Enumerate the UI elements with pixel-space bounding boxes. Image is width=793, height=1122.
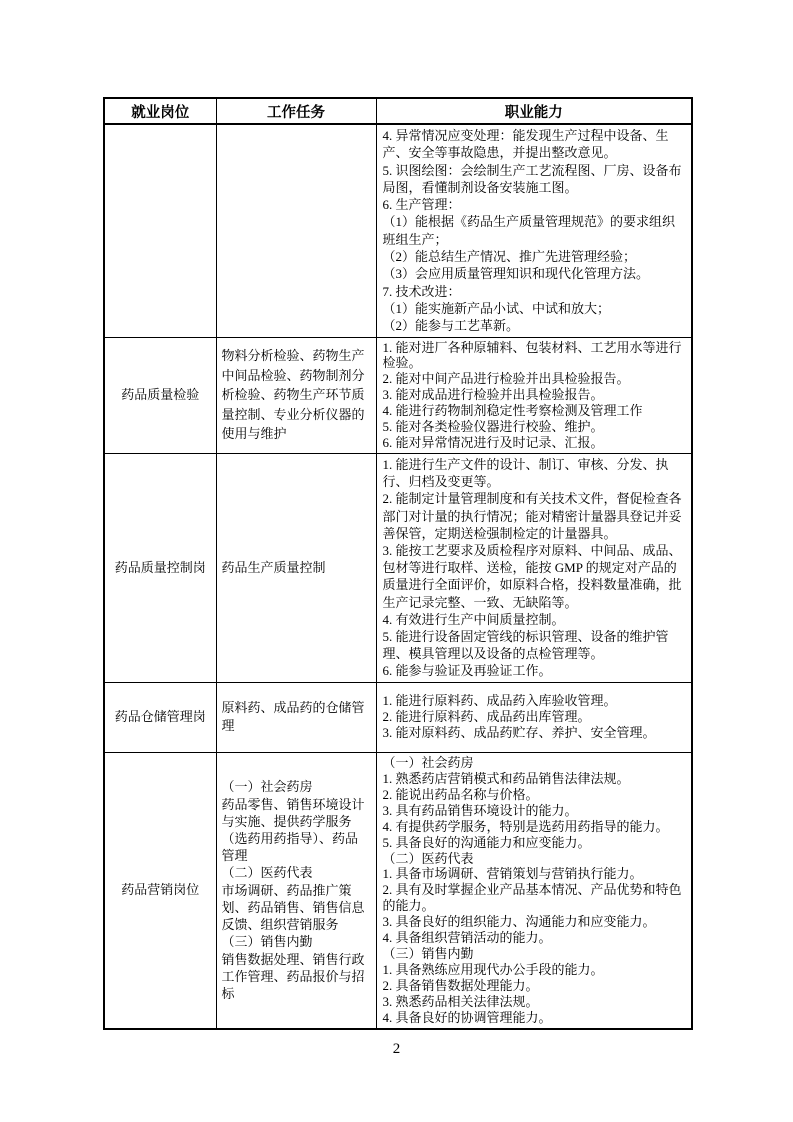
abilities-cell: 1. 能进行原料药、成品药入库验收管理。 2. 能进行原料药、成品药出库管理。 … xyxy=(376,682,692,752)
header-professional-abilities: 职业能力 xyxy=(376,98,692,124)
abilities-cell: 4. 异常情况应变处理：能发现生产过程中设备、生产、安全等事故隐患，并提出整改意… xyxy=(376,124,692,337)
position-cell: 药品仓储管理岗 xyxy=(104,682,216,752)
header-work-tasks: 工作任务 xyxy=(216,98,376,124)
tasks-cell: （一）社会药房 药品零售、销售环境设计与实施、提供药学服务（选药用药指导）、药品… xyxy=(216,752,376,1029)
abilities-cell: 1. 能对进厂各种原辅料、包装材料、工艺用水等进行检验。 2. 能对中间产品进行… xyxy=(376,337,692,453)
header-employment-position: 就业岗位 xyxy=(104,98,216,124)
abilities-cell: （一）社会药房 1. 熟悉药店营销模式和药品销售法律法规。 2. 能说出药品名称… xyxy=(376,752,692,1029)
document-page: 就业岗位 工作任务 职业能力 4. 异常情况应变处理：能发现生产过程中设备、生产… xyxy=(0,0,793,1122)
position-cell: 药品质量检验 xyxy=(104,337,216,453)
job-competency-table: 就业岗位 工作任务 职业能力 4. 异常情况应变处理：能发现生产过程中设备、生产… xyxy=(103,97,693,1030)
page-number: 2 xyxy=(0,1040,793,1058)
position-cell: 药品质量控制岗 xyxy=(104,453,216,682)
tasks-cell: 原料药、成品药的仓储管理 xyxy=(216,682,376,752)
table-row: 4. 异常情况应变处理：能发现生产过程中设备、生产、安全等事故隐患，并提出整改意… xyxy=(104,124,692,337)
position-cell xyxy=(104,124,216,337)
tasks-cell: 药品生产质量控制 xyxy=(216,453,376,682)
tasks-cell: 物料分析检验、药物生产中间品检验、药物制剂分析检验、药物生产环节质量控制、专业分… xyxy=(216,337,376,453)
table-header-row: 就业岗位 工作任务 职业能力 xyxy=(104,98,692,124)
tasks-cell xyxy=(216,124,376,337)
table-row: 药品质量控制岗 药品生产质量控制 1. 能进行生产文件的设计、制订、审核、分发、… xyxy=(104,453,692,682)
table-row: 药品营销岗位 （一）社会药房 药品零售、销售环境设计与实施、提供药学服务（选药用… xyxy=(104,752,692,1029)
position-cell: 药品营销岗位 xyxy=(104,752,216,1029)
abilities-cell: 1. 能进行生产文件的设计、制订、审核、分发、执行、归档及变更等。 2. 能制定… xyxy=(376,453,692,682)
table-row: 药品仓储管理岗 原料药、成品药的仓储管理 1. 能进行原料药、成品药入库验收管理… xyxy=(104,682,692,752)
table-row: 药品质量检验 物料分析检验、药物生产中间品检验、药物制剂分析检验、药物生产环节质… xyxy=(104,337,692,453)
